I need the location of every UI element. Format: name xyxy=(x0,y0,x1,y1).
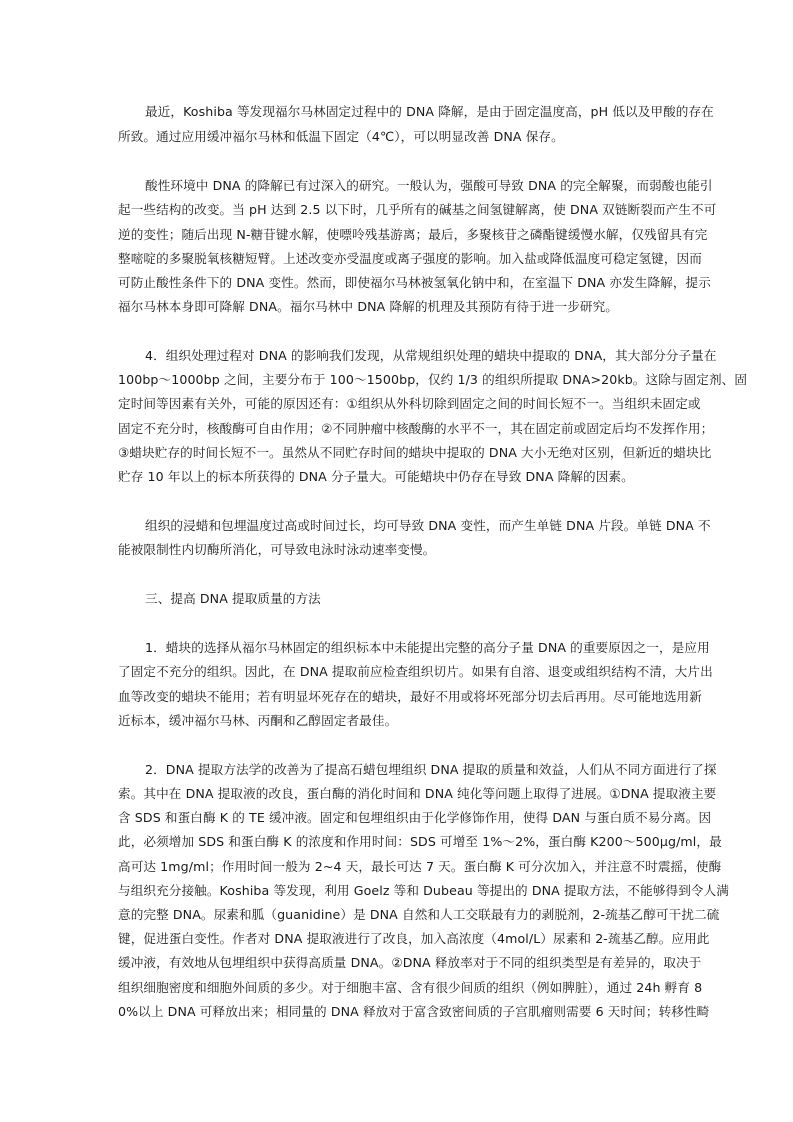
text-line: 了固定不充分的组织。因此，在 DNA 提取前应检查组织切片。如果有自溶、退变或组… xyxy=(118,662,674,682)
text-line: 1．蜡块的选择从福尔马林固定的组织标本中未能提出完整的高分子量 DNA 的重要原… xyxy=(145,638,674,658)
text-line: 起一些结构的改变。当 pH 达到 2.5 以下时，几乎所有的碱基之间氢键解离，使… xyxy=(118,200,674,220)
text-line: 能被限制性内切酶所消化，可导致电泳时泳动速率变慢。 xyxy=(118,540,674,560)
text-line: 缓冲液，有效地从包埋组织中获得高质量 DNA。②DNA 释放率对于不同的组织类型… xyxy=(118,953,674,973)
text-line: 4．组织处理过程对 DNA 的影响我们发现，从常规组织处理的蜡块中提取的 DNA… xyxy=(145,346,674,366)
text-line: 可防止酸性条件下的 DNA 变性。然而，即使福尔马林被氢氧化钠中和，在室温下 D… xyxy=(118,273,674,293)
text-line: 贮存 10 年以上的标本所获得的 DNA 分子量大。可能蜡块中仍存在导致 DNA… xyxy=(118,467,674,487)
text-line: 100bp～1000bp 之间，主要分布于 100～1500bp，仅约 1/3 … xyxy=(118,370,674,390)
text-line: 0%以上 DNA 可释放出来；相同量的 DNA 释放对于富含致密间质的子宫肌瘤则… xyxy=(118,1002,674,1022)
text-line: 定时间等因素有关外，可能的原因还有：①组织从外科切除到固定之间的时间长短不一。当… xyxy=(118,394,674,414)
text-line: 近标本，缓冲福尔马林、丙酮和乙醇固定者最佳。 xyxy=(118,711,674,731)
text-line: 与组织充分接触。Koshiba 等发现，利用 Goelz 等和 Dubeau 等… xyxy=(118,881,674,901)
text-line: 组织的浸蜡和包埋温度过高或时间过长，均可导致 DNA 变性，而产生单链 DNA … xyxy=(145,516,674,536)
text-line: 最近，Koshiba 等发现福尔马林固定过程中的 DNA 降解，是由于固定温度高… xyxy=(145,102,674,122)
text-line: 固定不充分时，核酸酶可自由作用；②不同肿瘤中核酸酶的水平不一，其在固定前或固定后… xyxy=(118,419,674,439)
heading-text: 三、提高 DNA 提取质量的方法 xyxy=(145,589,674,609)
document-page: 最近，Koshiba 等发现福尔马林固定过程中的 DNA 降解，是由于固定温度高… xyxy=(0,0,793,1122)
text-line: 整嘧啶的多聚脱氧核糖短臂。上述改变亦受温度或离子强度的影响。加入盐或降低温度可稳… xyxy=(118,249,674,269)
text-line: 逆的变性；随后出现 N-糖苷键水解，使嘌呤残基游离；最后，多聚核苷之磷酯键缓慢水… xyxy=(118,225,674,245)
text-line: 键，促进蛋白变性。作者对 DNA 提取液进行了改良，加入高浓度（4mol/L）尿… xyxy=(118,929,674,949)
text-line: 此，必须增加 SDS 和蛋白酶 K 的浓度和作用时间：SDS 可增至 1%～2%… xyxy=(118,832,674,852)
text-line: 索。其中在 DNA 提取液的改良，蛋白酶的消化时间和 DNA 纯化等问题上取得了… xyxy=(118,784,674,804)
text-line: 血等改变的蜡块不能用；若有明显坏死存在的蜡块，最好不用或将坏死部分切去后再用。尽… xyxy=(118,687,674,707)
text-line: ③蜡块贮存的时间长短不一。虽然从不同贮存时间的蜡块中提取的 DNA 大小无绝对区… xyxy=(118,443,674,463)
text-line: 福尔马林本身即可降解 DNA。福尔马林中 DNA 降解的机理及其预防有待于进一步… xyxy=(118,297,674,317)
text-line: 组织细胞密度和细胞外间质的多少。对于细胞丰富、含有很少间质的组织（例如脾脏），通… xyxy=(118,978,674,998)
text-line: 高可达 1mg/ml；作用时间一般为 2~4 天，最长可达 7 天。蛋白酶 K … xyxy=(118,857,674,877)
text-line: 酸性环境中 DNA 的降解已有过深入的研究。一般认为，强酸可导致 DNA 的完全… xyxy=(145,176,674,196)
text-line: 2．DNA 提取方法学的改善为了提高石蜡包埋组织 DNA 提取的质量和效益，人们… xyxy=(145,760,674,780)
text-line: 含 SDS 和蛋白酶 K 的 TE 缓冲液。固定和包埋组织由于化学修饰作用，使得… xyxy=(118,808,674,828)
text-line: 所致。通过应用缓冲福尔马林和低温下固定（4℃），可以明显改善 DNA 保存。 xyxy=(118,127,674,147)
text-line: 意的完整 DNA。尿素和胍（guanidine）是 DNA 自然和人工交联最有力… xyxy=(118,905,674,925)
